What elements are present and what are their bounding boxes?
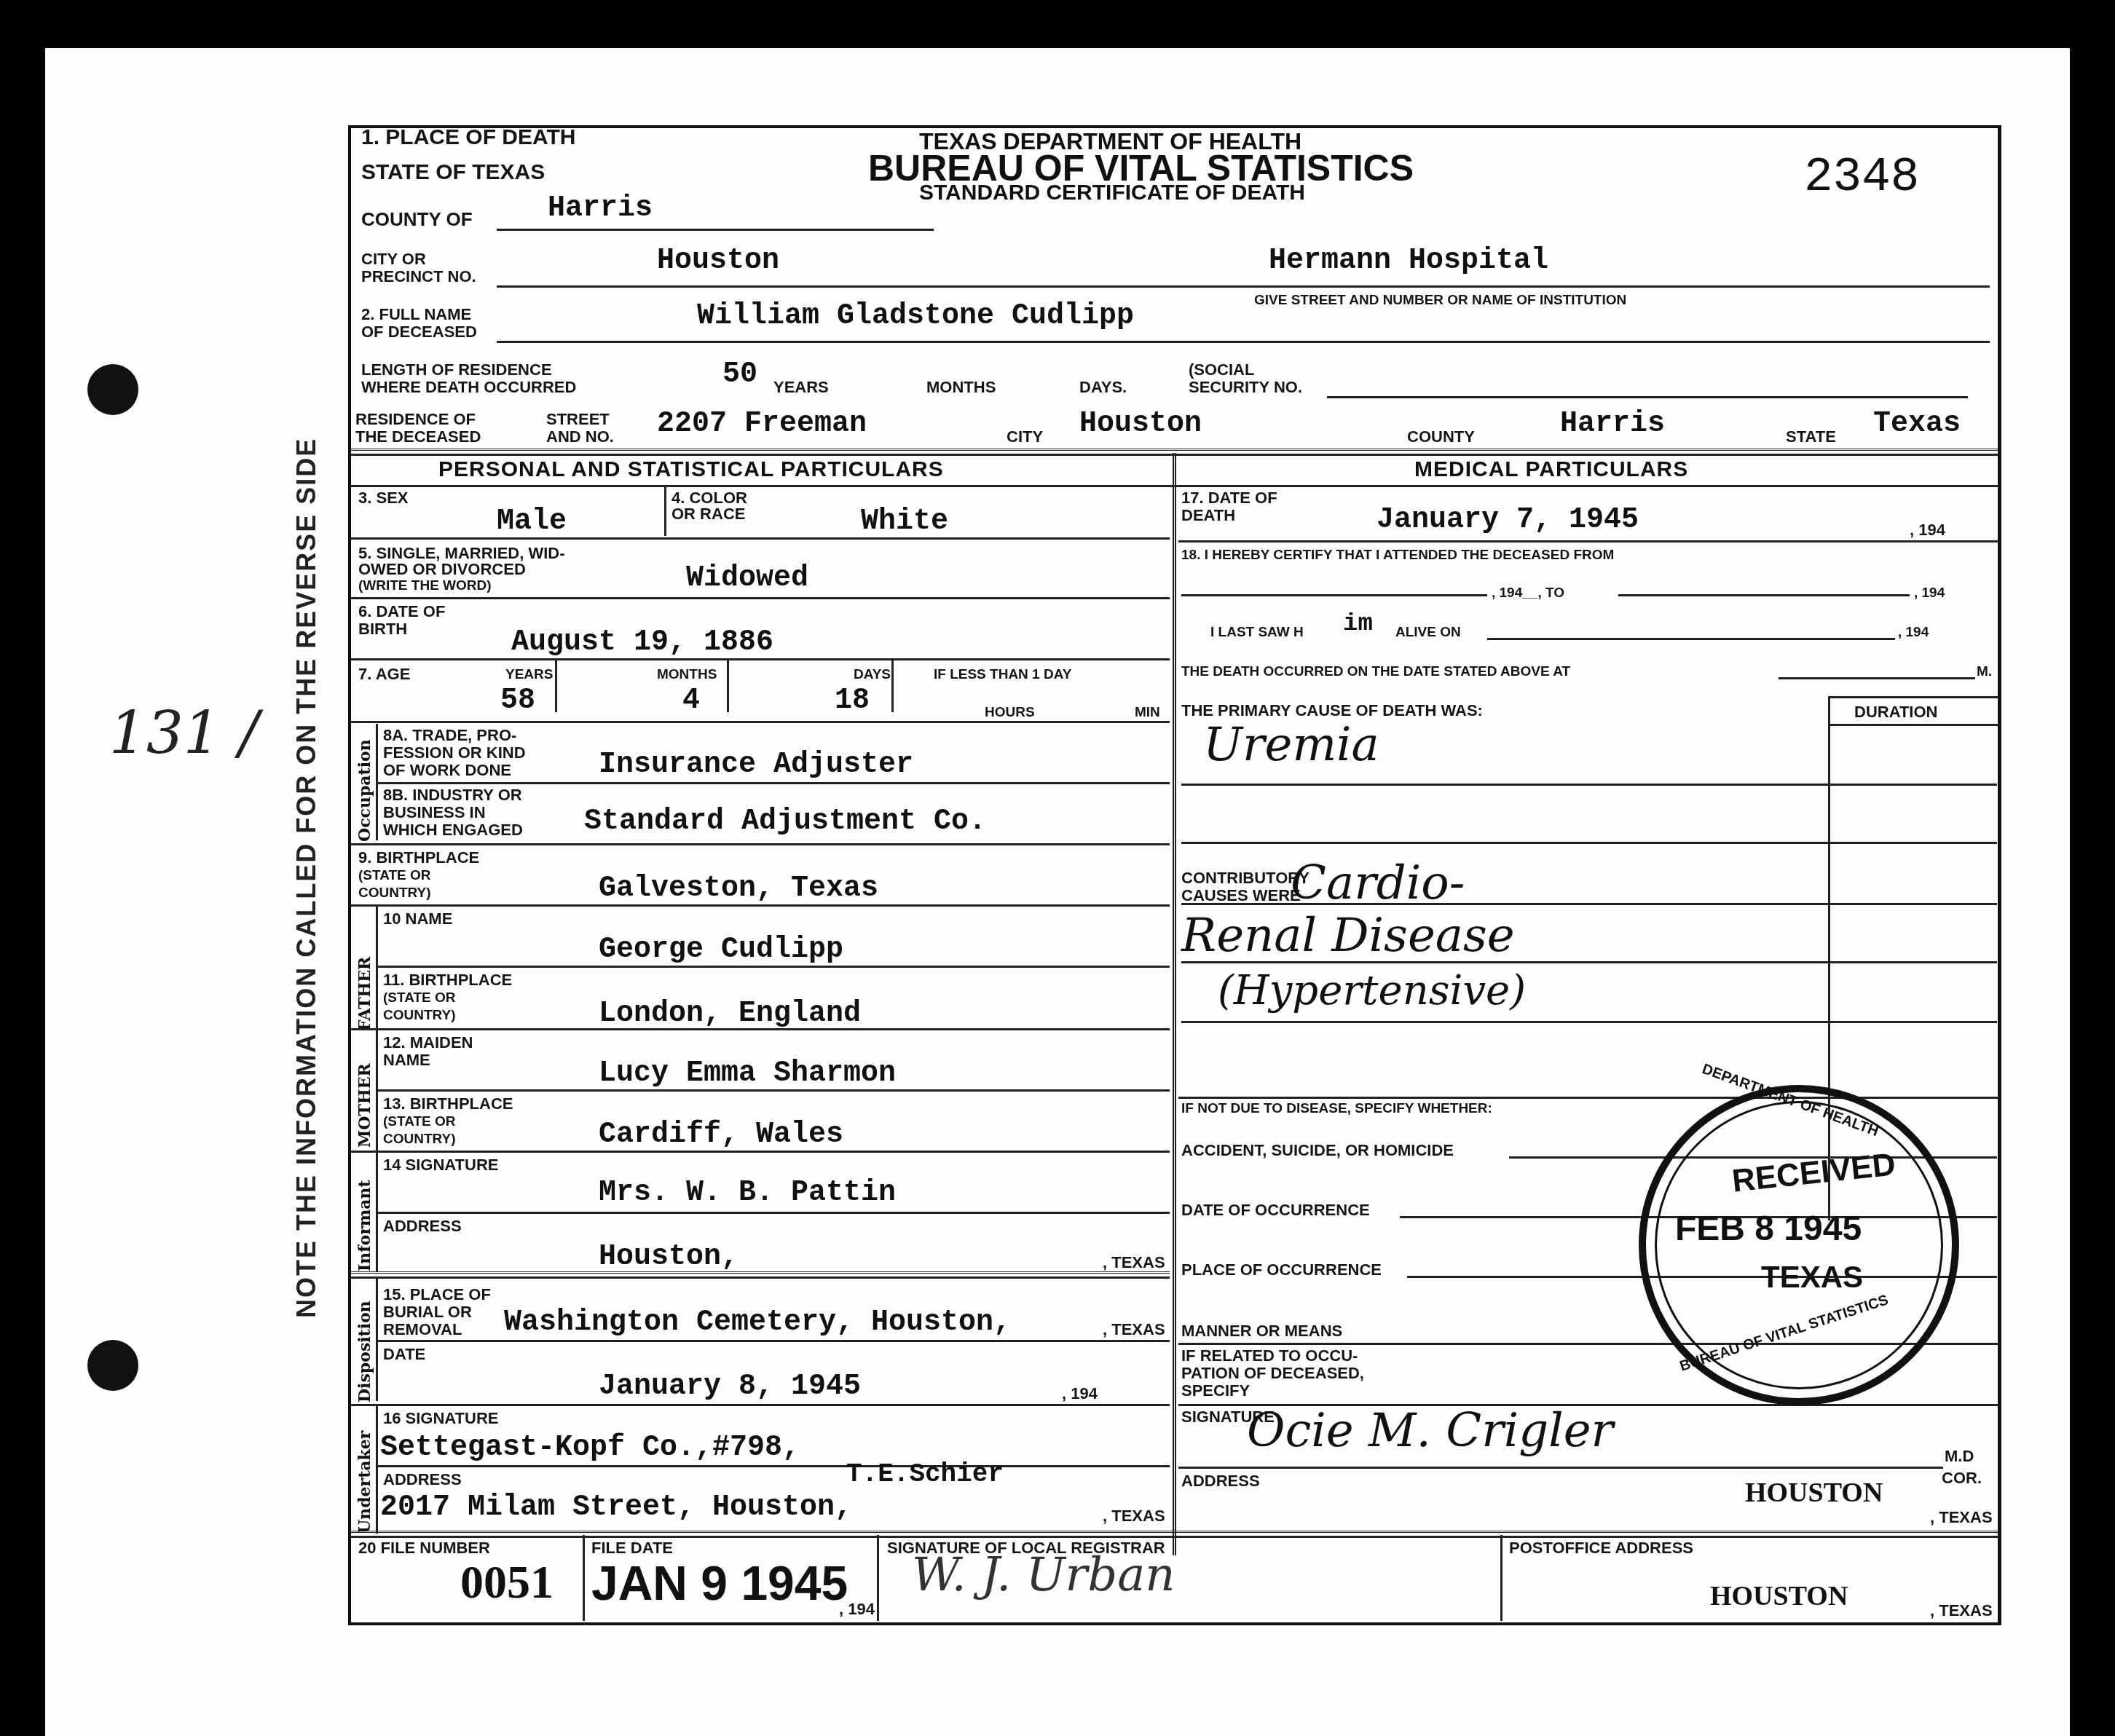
father-birthplace: London, England: [599, 998, 861, 1030]
physician-state: , TEXAS: [1930, 1509, 1993, 1526]
undertaker-address: 2017 Milam Street, Houston,: [380, 1491, 852, 1524]
marital-value: Widowed: [686, 562, 808, 595]
divider: [351, 1028, 1170, 1030]
birthplace-label-3: COUNTRY): [358, 885, 431, 901]
postoffice-state: , TEXAS: [1930, 1602, 1993, 1619]
divider: [351, 597, 1170, 599]
divider: [727, 660, 729, 712]
file-number-label: 20 FILE NUMBER: [358, 1539, 490, 1557]
last-saw-pronoun: im: [1343, 610, 1373, 638]
burial-place: Washington Cemetery, Houston,: [504, 1306, 1011, 1339]
burial-state: , TEXAS: [1103, 1321, 1165, 1338]
cor-suffix: COR.: [1942, 1469, 1982, 1487]
hours-label: HOURS: [985, 705, 1035, 721]
column-divider: [1173, 453, 1176, 1555]
mother-birthplace: Cardiff, Wales: [599, 1118, 843, 1151]
divider: [877, 1535, 879, 1621]
mother-name-label-2: NAME: [383, 1052, 430, 1069]
divider: [351, 658, 1170, 660]
industry-value: Standard Adjustment Co.: [584, 805, 986, 838]
divider: [351, 1404, 1170, 1406]
min-label: MIN: [1135, 705, 1160, 721]
city-value: Houston: [657, 245, 779, 277]
attended-from-line: [1181, 594, 1487, 596]
sex-value: Male: [497, 505, 567, 538]
divider: [1828, 724, 1998, 726]
residence-street: 2207 Freeman: [657, 408, 867, 441]
burial-label-3: REMOVAL: [383, 1321, 462, 1338]
primary-cause-label: THE PRIMARY CAUSE OF DEATH WAS:: [1181, 702, 1483, 719]
industry-label-3: WHICH ENGAGED: [383, 821, 523, 839]
manner-label: MANNER OR MEANS: [1181, 1322, 1342, 1340]
divider: [376, 1089, 1170, 1092]
accident-label: ACCIDENT, SUICIDE, OR HOMICIDE: [1181, 1142, 1454, 1159]
file-date: JAN 9 1945: [591, 1555, 848, 1611]
dod-year-suffix: , 194: [1910, 521, 1945, 539]
residence-county-label: COUNTY: [1407, 428, 1475, 446]
trade-label-3: OF WORK DONE: [383, 762, 511, 779]
residence-length-label-2: WHERE DEATH OCCURRED: [361, 379, 576, 396]
ssn-label-1: (SOCIAL: [1189, 361, 1254, 379]
registrar-signature: W. J. Urban: [912, 1548, 1175, 1602]
attended-to-text: , 194__, TO: [1492, 585, 1564, 601]
duration-label: DURATION: [1854, 703, 1937, 721]
dob-label-1: 6. DATE OF: [358, 603, 445, 620]
not-disease-label: IF NOT DUE TO DISEASE, SPECIFY WHETHER:: [1181, 1101, 1492, 1117]
days-label: DAYS.: [1079, 379, 1127, 396]
divider: [891, 660, 894, 712]
file-date-year-suffix: , 194: [839, 1601, 875, 1618]
divider: [1178, 1097, 1998, 1099]
ssn-label-2: SECURITY NO.: [1189, 379, 1302, 396]
divider: [351, 721, 1170, 723]
institution-hint: GIVE STREET AND NUMBER OR NAME OF INSTIT…: [1254, 293, 1626, 309]
age-days: 18: [835, 684, 870, 717]
occurrence-place-label: PLACE OF OCCURRENCE: [1181, 1261, 1382, 1279]
state-label: STATE OF TEXAS: [361, 163, 545, 182]
father-birthplace-label-1: 11. BIRTHPLACE: [383, 971, 512, 989]
burial-year-suffix: , 194: [1062, 1385, 1098, 1402]
last-saw-text: I LAST SAW H: [1210, 625, 1304, 641]
physician-address: HOUSTON: [1745, 1477, 1883, 1509]
residence-state-label: STATE: [1786, 428, 1836, 446]
medical-section-title: MEDICAL PARTICULARS: [1414, 457, 1688, 482]
contributory-cause-1: Cardio-: [1291, 856, 1465, 910]
death-certificate-form: 1. PLACE OF DEATH STATE OF TEXAS TEXAS D…: [348, 125, 2001, 1625]
street-label-2: AND NO.: [546, 428, 614, 446]
age-days-label: DAYS: [854, 667, 891, 683]
divider: [1181, 1021, 1997, 1023]
mother-birthplace-label-3: COUNTRY): [383, 1132, 456, 1148]
age-label: 7. AGE: [358, 666, 410, 683]
stamp-state: TEXAS: [1761, 1260, 1863, 1295]
residence-state: Texas: [1873, 408, 1961, 441]
institution-value: Hermann Hospital: [1269, 245, 1548, 277]
mother-name: Lucy Emma Sharmon: [599, 1057, 896, 1090]
dob-value: August 19, 1886: [511, 626, 773, 659]
father-birthplace-label-2: (STATE OR: [383, 990, 456, 1006]
mother-birthplace-label-1: 13. BIRTHPLACE: [383, 1095, 513, 1113]
county-value: Harris: [548, 192, 653, 225]
divider: [1181, 842, 1997, 844]
age-years-label: YEARS: [505, 667, 553, 683]
m-suffix: M.: [1977, 664, 1992, 680]
margin-mark: 131 /: [109, 699, 259, 767]
full-name-label-1: 2. FULL NAME: [361, 306, 471, 323]
undertaker-person: T.E.Schier: [846, 1459, 1004, 1489]
attended-to-line: [1618, 594, 1910, 596]
burial-label-1: 15. PLACE OF: [383, 1286, 491, 1303]
divider: [351, 1271, 1170, 1279]
informant-state: , TEXAS: [1103, 1254, 1165, 1271]
years-label: YEARS: [773, 379, 829, 396]
undertaker-side-label: Undertaker: [355, 1431, 374, 1534]
occupation-related-label-1: IF RELATED TO OCCU-: [1181, 1347, 1358, 1365]
father-side-label: FATHER: [355, 957, 374, 1031]
residence-city: Houston: [1079, 408, 1202, 441]
residence-label-2: THE DECEASED: [355, 428, 481, 446]
form-title: STANDARD CERTIFICATE OF DEATH: [919, 181, 1305, 205]
birthplace-label-2: (STATE OR: [358, 868, 431, 884]
industry-label-2: BUSINESS IN: [383, 804, 486, 821]
divider: [351, 904, 1170, 907]
last-saw-year: , 194: [1898, 625, 1929, 641]
file-date-label: FILE DATE: [591, 1539, 673, 1557]
postoffice-label: POSTOFFICE ADDRESS: [1509, 1539, 1693, 1557]
certify-text: 18. I HEREBY CERTIFY THAT I ATTENDED THE…: [1181, 548, 1614, 564]
contributory-cause-2: Renal Disease: [1181, 909, 1515, 963]
divider: [1181, 903, 1997, 905]
residence-length-label-1: LENGTH OF RESIDENCE: [361, 361, 552, 379]
divider: [1828, 696, 1998, 698]
divider: [497, 229, 934, 231]
divider: [1181, 961, 1997, 963]
divider: [497, 285, 1990, 288]
father-birthplace-label-3: COUNTRY): [383, 1008, 456, 1024]
md-suffix: M.D: [1945, 1448, 1974, 1465]
divider: [376, 1405, 378, 1534]
ssn-line: [1327, 396, 1968, 398]
divider: [376, 1465, 1170, 1467]
informant-signature-label: 14 SIGNATURE: [383, 1156, 499, 1174]
city-label-1: CITY OR: [361, 250, 426, 268]
postoffice-value: HOUSTON: [1710, 1580, 1848, 1612]
race-label-2: OR RACE: [671, 505, 745, 523]
trade-label-1: 8A. TRADE, PRO-: [383, 727, 516, 744]
attended-year: , 194: [1914, 585, 1945, 601]
divider: [376, 782, 1170, 784]
divider: [351, 537, 1170, 540]
informant-side-label: Informant: [355, 1180, 374, 1271]
divider: [351, 843, 1170, 845]
age-months: 4: [682, 684, 700, 717]
less-than-day-label: IF LESS THAN 1 DAY: [934, 667, 1071, 683]
age-years: 58: [500, 684, 535, 717]
marital-label-3: (WRITE THE WORD): [358, 578, 492, 594]
mother-name-label-1: 12. MAIDEN: [383, 1034, 473, 1052]
divider: [351, 1151, 1170, 1153]
residence-city-label: CITY: [1007, 428, 1043, 446]
divider: [1181, 784, 1997, 786]
physician-address-label: ADDRESS: [1181, 1472, 1260, 1490]
informant-address: Houston,: [599, 1241, 739, 1274]
marital-label-2: OWED OR DIVORCED: [358, 561, 526, 578]
stamp-date: FEB 8 1945: [1675, 1209, 1862, 1249]
occupation-related-label-2: PATION OF DECEASED,: [1181, 1365, 1364, 1382]
alive-on-text: ALIVE ON: [1395, 625, 1461, 641]
divider: [497, 341, 1990, 343]
divider: [1500, 1535, 1502, 1621]
residence-label-1: RESIDENCE OF: [355, 411, 476, 428]
death-time-line: [1779, 677, 1975, 679]
file-number: 0051: [460, 1555, 554, 1609]
full-name-label-2: OF DECEASED: [361, 323, 477, 341]
punch-hole: [87, 1340, 138, 1391]
death-time-text: THE DEATH OCCURRED ON THE DATE STATED AB…: [1181, 664, 1570, 680]
undertaker-state: , TEXAS: [1103, 1507, 1165, 1525]
divider: [376, 966, 1170, 968]
months-label: MONTHS: [926, 379, 996, 396]
city-label-2: PRECINCT NO.: [361, 268, 476, 285]
birthplace-label-1: 9. BIRTHPLACE: [358, 849, 479, 867]
contributory-label-2: CAUSES WERE: [1181, 887, 1301, 904]
dob-label-2: BIRTH: [358, 620, 407, 638]
undertaker-name: Settegast-Kopf Co.,#798,: [380, 1432, 800, 1464]
occupation-related-label-3: SPECIFY: [1181, 1382, 1250, 1400]
undertaker-address-label: ADDRESS: [383, 1471, 462, 1488]
contributory-cause-3: (Hypertensive): [1218, 967, 1526, 1014]
undertaker-signature-label: 16 SIGNATURE: [383, 1410, 499, 1427]
primary-cause: Uremia: [1203, 718, 1379, 772]
divider: [376, 1212, 1170, 1214]
deceased-name: William Gladstone Cudlipp: [697, 300, 1134, 333]
informant-name: Mrs. W. B. Pattin: [599, 1177, 896, 1210]
divider: [1178, 540, 1998, 542]
certificate-number: 2348: [1804, 150, 1919, 205]
burial-date-label: DATE: [383, 1346, 425, 1363]
race-value: White: [861, 505, 948, 538]
divider: [351, 1531, 1998, 1538]
divider: [664, 485, 666, 536]
mother-side-label: MOTHER: [355, 1063, 374, 1148]
place-of-death-label: 1. PLACE OF DEATH: [361, 128, 575, 147]
divider: [555, 660, 557, 712]
birthplace-value: Galveston, Texas: [599, 872, 878, 905]
divider: [376, 1340, 1170, 1342]
age-months-label: MONTHS: [657, 667, 717, 683]
divider: [583, 1535, 585, 1621]
street-label-1: STREET: [546, 411, 610, 428]
mother-birthplace-label-2: (STATE OR: [383, 1114, 456, 1130]
occupation-side-label: Occupation: [355, 739, 374, 842]
trade-value: Insurance Adjuster: [599, 749, 913, 781]
informant-address-label: ADDRESS: [383, 1218, 462, 1235]
reverse-side-note: NOTE THE INFORMATION CALLED FOR ON THE R…: [291, 438, 322, 1318]
last-saw-line: [1487, 638, 1895, 640]
father-name-label: 10 NAME: [383, 910, 452, 928]
personal-section-title: PERSONAL AND STATISTICAL PARTICULARS: [438, 457, 944, 482]
county-label: COUNTY OF: [361, 210, 473, 229]
sex-label: 3. SEX: [358, 489, 408, 507]
disposition-side-label: Disposition: [355, 1301, 374, 1402]
dod-label-1: 17. DATE OF: [1181, 489, 1277, 507]
residence-county: Harris: [1560, 408, 1665, 441]
date-of-death: January 7, 1945: [1376, 504, 1639, 537]
burial-date: January 8, 1945: [599, 1370, 861, 1403]
punch-hole: [87, 364, 138, 415]
burial-label-2: BURIAL OR: [383, 1303, 472, 1321]
occurrence-date-label: DATE OF OCCURRENCE: [1181, 1202, 1370, 1219]
dod-label-2: DEATH: [1181, 507, 1235, 524]
father-name: George Cudlipp: [599, 934, 843, 966]
physician-signature: Ocie M. Crigler: [1247, 1404, 1613, 1458]
residence-years: 50: [722, 358, 757, 391]
industry-label-1: 8B. INDUSTRY OR: [383, 786, 522, 804]
trade-label-2: FESSION OR KIND: [383, 744, 526, 762]
divider: [1178, 1467, 1943, 1469]
